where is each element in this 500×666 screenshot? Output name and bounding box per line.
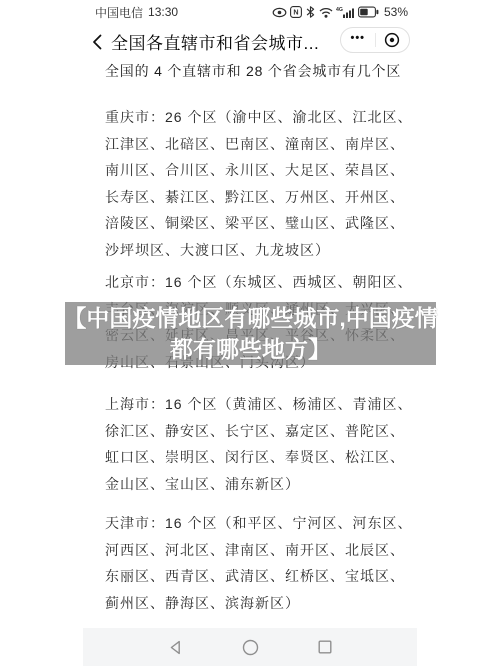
section-line: 天津市：16 个区（和平区、宁河区、河东区、 (105, 510, 412, 537)
section-chongqing: 重庆市：26 个区（渝中区、渝北区、江北区、 江津区、北碚区、巴南区、潼南区、南… (105, 104, 412, 263)
section-line: 重庆市：26 个区（渝中区、渝北区、江北区、 (105, 104, 412, 131)
section-line: 徐汇区、静安区、长宁区、嘉定区、普陀区、 (105, 418, 412, 445)
back-chevron-icon[interactable] (88, 32, 108, 52)
signal-4g-icon: 4G (336, 6, 355, 18)
article-heading: 全国的 4 个直辖市和 28 个省会城市有几个区 (105, 58, 401, 84)
bluetooth-icon (305, 6, 316, 18)
section-line: 南川区、合川区、永川区、大足区、荣昌区、 (105, 157, 412, 184)
battery-percent-label: 53% (384, 5, 408, 19)
android-nav-bar (83, 628, 417, 666)
title-bar: 全国各直辖市和省会城市... ••• (83, 26, 417, 56)
clock-label: 13:30 (148, 5, 178, 19)
section-line: 长寿区、綦江区、黔江区、万州区、开州区、 (105, 184, 412, 211)
section-line: 金山区、宝山区、浦东新区） (105, 471, 412, 498)
eye-icon (272, 7, 287, 18)
more-menu-button[interactable]: ••• (341, 28, 375, 52)
section-line: 河西区、河北区、津南区、南开区、北辰区、 (105, 537, 412, 564)
status-bar: 中国电信 13:30 N 4G (95, 3, 408, 21)
nfc-icon: N (290, 6, 302, 18)
section-line: 东丽区、西青区、武清区、红桥区、宝坻区、 (105, 563, 412, 590)
section-line: 蓟州区、静海区、滨海新区） (105, 590, 412, 617)
svg-text:4G: 4G (336, 7, 343, 13)
page-title: 全国各直辖市和省会城市... (111, 29, 319, 54)
status-right: N 4G 53% (272, 5, 408, 19)
miniprogram-capsule: ••• (340, 27, 410, 53)
battery-icon (358, 6, 379, 18)
watermark-overlay: 【中国疫情地区有哪些城市,中国疫情 都有哪些地方】 (65, 302, 436, 365)
section-line: 北京市：16 个区（东城区、西城区、朝阳区、 (105, 269, 412, 296)
screenshot-canvas: 中国电信 13:30 N 4G (0, 0, 500, 666)
more-dots-icon: ••• (350, 33, 365, 48)
section-tianjin: 天津市：16 个区（和平区、宁河区、河东区、 河西区、河北区、津南区、南开区、北… (105, 510, 412, 616)
section-line: 上海市：16 个区（黄浦区、杨浦区、青浦区、 (105, 391, 412, 418)
home-circle-icon[interactable] (242, 639, 259, 656)
svg-text:N: N (293, 8, 298, 17)
section-line: 江津区、北碚区、巴南区、潼南区、南岸区、 (105, 131, 412, 158)
recents-square-icon[interactable] (317, 639, 333, 655)
target-icon (383, 31, 401, 49)
back-triangle-icon[interactable] (167, 639, 184, 656)
section-line: 虹口区、崇明区、闵行区、奉贤区、松江区、 (105, 444, 412, 471)
carrier-label: 中国电信 (95, 4, 143, 21)
status-left: 中国电信 13:30 (95, 4, 178, 21)
watermark-line-1: 【中国疫情地区有哪些城市,中国疫情 (63, 303, 437, 334)
watermark-line-2: 都有哪些地方】 (170, 334, 331, 365)
section-shanghai: 上海市：16 个区（黄浦区、杨浦区、青浦区、 徐汇区、静安区、长宁区、嘉定区、普… (105, 391, 412, 497)
section-line: 涪陵区、铜梁区、梁平区、璧山区、武隆区、 (105, 210, 412, 237)
close-target-button[interactable] (376, 28, 410, 52)
wifi-icon (319, 7, 333, 18)
section-line: 沙坪坝区、大渡口区、九龙坡区） (105, 237, 412, 264)
